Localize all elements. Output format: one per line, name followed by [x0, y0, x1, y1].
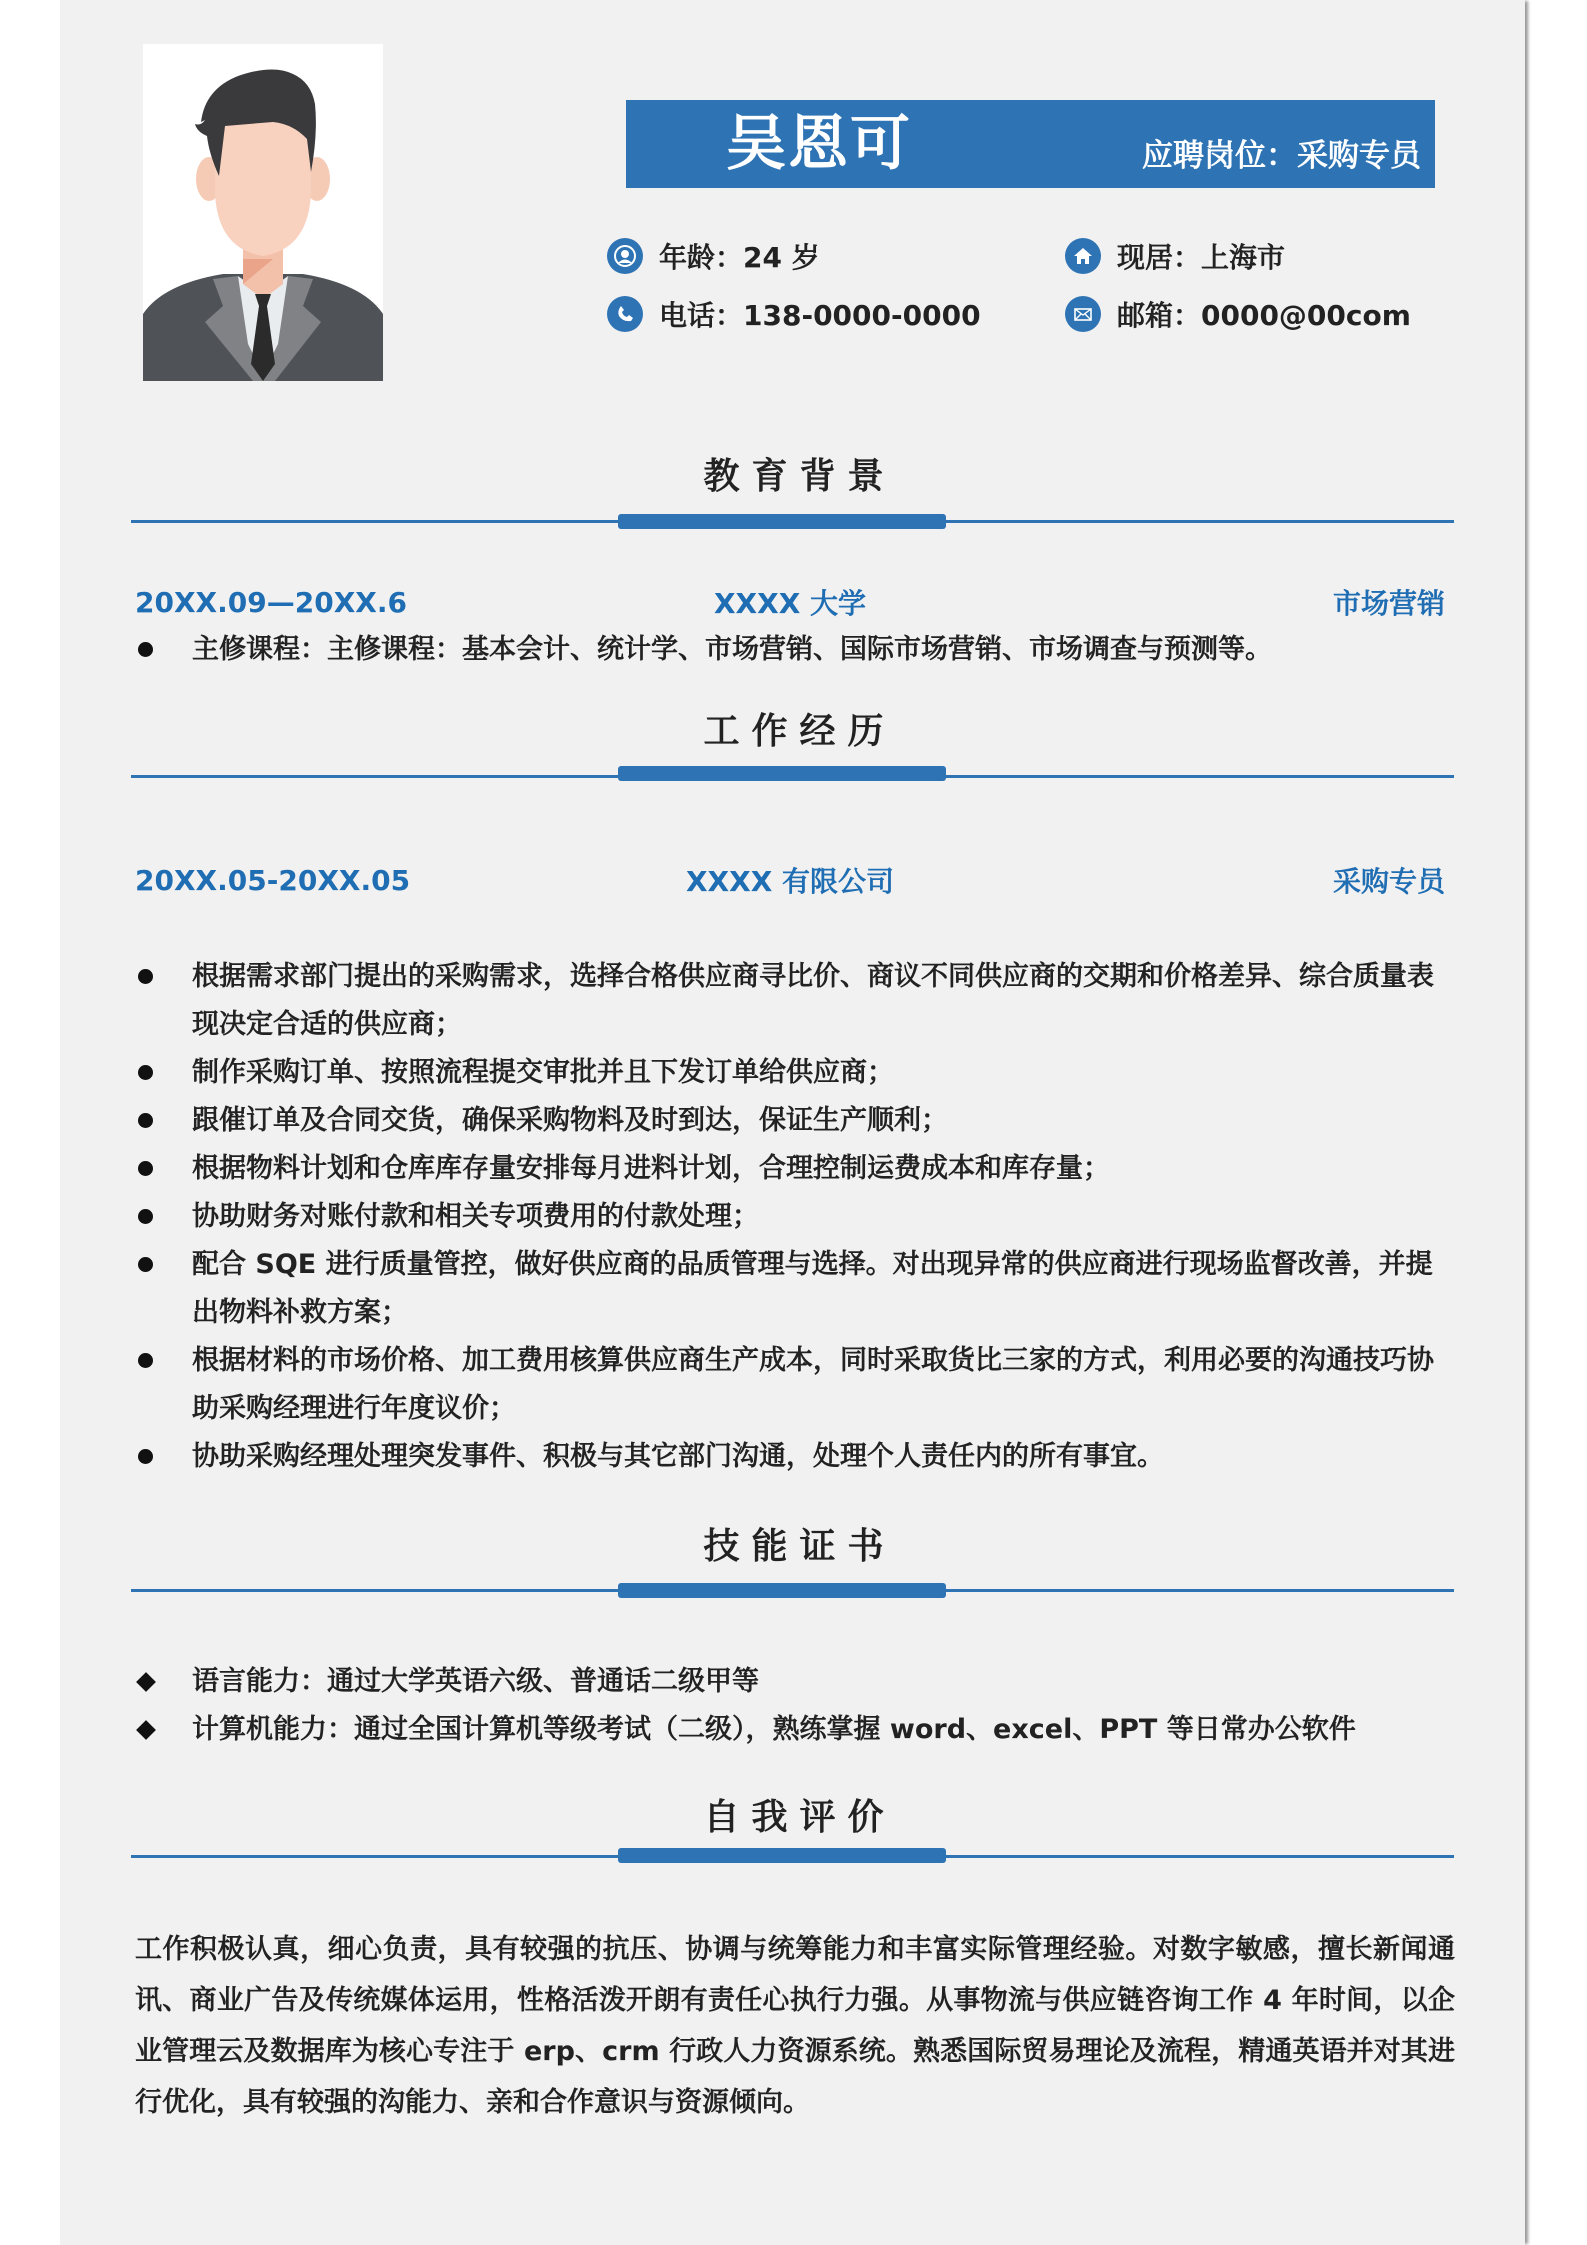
info-age: 年龄：24 岁: [607, 236, 820, 276]
profile-photo: [143, 44, 383, 381]
bullet-icon: [138, 1209, 153, 1224]
bullet-icon: [138, 969, 153, 984]
work-position: 采购专员: [1333, 860, 1445, 900]
list-item: 主修课程：主修课程：基本会计、统计学、市场营销、国际市场营销、市场调查与预测等。: [135, 626, 1455, 674]
diamond-bullet-icon: [136, 1720, 156, 1740]
education-school: XXXX 大学: [714, 587, 866, 620]
candidate-name: 吴恩可: [726, 106, 912, 182]
info-email: 邮箱：0000@00com: [1065, 294, 1411, 334]
section-divider-bar: [618, 1583, 946, 1598]
list-item: 语言能力：通过大学英语六级、普通话二级甲等: [135, 1658, 1455, 1706]
diamond-bullet-icon: [136, 1672, 156, 1692]
section-title-skills: 技能证书: [0, 1525, 1587, 1569]
bullet-icon: [138, 1257, 153, 1272]
work-header-row: 20XX.05-20XX.05 XXXX 有限公司 采购专员: [135, 860, 1445, 900]
self-evaluation-text: 工作积极认真，细心负责，具有较强的抗压、协调与统筹能力和丰富实际管理经验。对数字…: [135, 1924, 1455, 2128]
bullet-icon: [138, 1449, 153, 1464]
home-icon: [1065, 238, 1101, 274]
list-item: 跟催订单及合同交货，确保采购物料及时到达，保证生产顺利；: [135, 1097, 1455, 1145]
list-item: 根据物料计划和仓库库存量安排每月进料计划，合理控制运费成本和库存量；: [135, 1145, 1455, 1193]
applied-position: 应聘岗位：采购专员: [1142, 136, 1421, 176]
info-email-text: 邮箱：0000@00com: [1117, 294, 1411, 334]
section-title-education: 教育背景: [0, 455, 1587, 499]
section-divider-bar: [618, 514, 946, 529]
list-item: 协助财务对账付款和相关专项费用的付款处理；: [135, 1193, 1455, 1241]
mail-icon: [1065, 296, 1101, 332]
bullet-icon: [138, 1161, 153, 1176]
info-phone: 电话：138-0000-0000: [607, 294, 981, 334]
education-course-list: 主修课程：主修课程：基本会计、统计学、市场营销、国际市场营销、市场调查与预测等。: [135, 626, 1455, 674]
list-item: 根据材料的市场价格、加工费用核算供应商生产成本，同时采取货比三家的方式，利用必要…: [135, 1337, 1455, 1433]
section-title-work: 工作经历: [0, 710, 1587, 754]
education-date: 20XX.09—20XX.6: [135, 586, 407, 619]
education-major: 市场营销: [1333, 582, 1445, 622]
bullet-icon: [138, 1353, 153, 1368]
avatar-illustration-icon: [143, 44, 383, 381]
bullet-icon: [138, 1113, 153, 1128]
name-banner: 吴恩可 应聘岗位：采购专员: [626, 100, 1435, 188]
work-date: 20XX.05-20XX.05: [135, 864, 410, 897]
work-company: XXXX 有限公司: [686, 865, 894, 898]
section-divider-bar: [618, 766, 946, 781]
info-age-text: 年龄：24 岁: [659, 236, 820, 276]
phone-icon: [607, 296, 643, 332]
work-duty-list: 根据需求部门提出的采购需求，选择合格供应商寻比价、商议不同供应商的交期和价格差异…: [135, 953, 1455, 1481]
list-item: 配合 SQE 进行质量管控，做好供应商的品质管理与选择。对出现异常的供应商进行现…: [135, 1241, 1455, 1337]
bullet-icon: [138, 642, 153, 657]
list-item: 根据需求部门提出的采购需求，选择合格供应商寻比价、商议不同供应商的交期和价格差异…: [135, 953, 1455, 1049]
skills-list: 语言能力：通过大学英语六级、普通话二级甲等 计算机能力：通过全国计算机等级考试（…: [135, 1658, 1455, 1754]
education-header-row: 20XX.09—20XX.6 XXXX 大学 市场营销: [135, 582, 1445, 622]
list-item: 计算机能力：通过全国计算机等级考试（二级），熟练掌握 word、excel、PP…: [135, 1706, 1455, 1754]
list-item: 协助采购经理处理突发事件、积极与其它部门沟通，处理个人责任内的所有事宜。: [135, 1433, 1455, 1481]
list-item: 制作采购订单、按照流程提交审批并且下发订单给供应商；: [135, 1049, 1455, 1097]
user-icon: [607, 238, 643, 274]
info-phone-text: 电话：138-0000-0000: [659, 294, 981, 334]
info-residence-text: 现居：上海市: [1117, 236, 1285, 276]
section-title-self-evaluation: 自我评价: [0, 1796, 1587, 1840]
bullet-icon: [138, 1065, 153, 1080]
section-divider-bar: [618, 1848, 946, 1863]
info-residence: 现居：上海市: [1065, 236, 1285, 276]
